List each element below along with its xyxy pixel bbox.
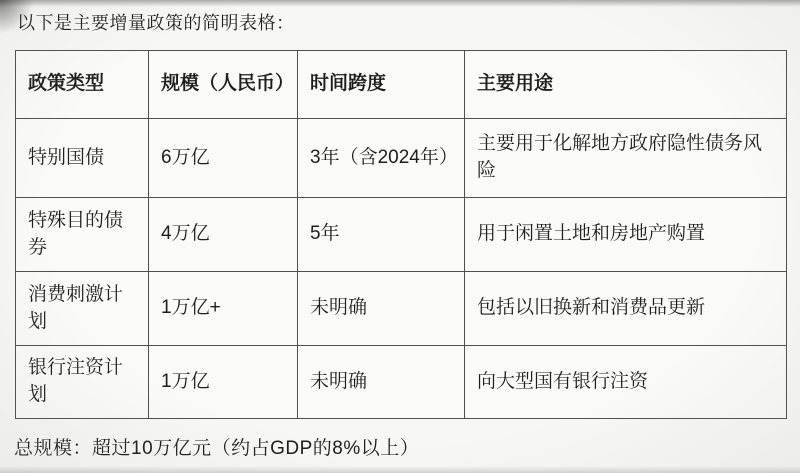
cell-purpose: 主要用于化解地方政府隐性债务风险 bbox=[465, 119, 787, 198]
table-row: 特别国债 6万亿 3年（含2024年） 主要用于化解地方政府隐性债务风险 bbox=[16, 119, 787, 198]
cell-policy-type: 特别国债 bbox=[16, 119, 149, 198]
cell-purpose: 包括以旧换新和消费品更新 bbox=[465, 272, 787, 346]
table-row: 消费刺激计划 1万亿+ 未明确 包括以旧换新和消费品更新 bbox=[16, 272, 787, 346]
cell-timespan: 未明确 bbox=[298, 346, 465, 419]
summary-text: 总规模：超过10万亿元（约占GDP的8%以上） bbox=[14, 433, 419, 460]
intro-text: 以下是主要增量政策的简明表格： bbox=[17, 9, 295, 35]
header-timespan: 时间跨度 bbox=[298, 51, 465, 119]
table-row: 特殊目的债券 4万亿 5年 用于闲置土地和房地产购置 bbox=[16, 198, 787, 272]
cell-scale: 1万亿+ bbox=[149, 272, 298, 346]
table-row: 银行注资计划 1万亿 未明确 向大型国有银行注资 bbox=[16, 346, 787, 419]
cell-policy-type: 特殊目的债券 bbox=[16, 198, 149, 272]
cell-scale: 6万亿 bbox=[149, 119, 298, 198]
cell-purpose: 向大型国有银行注资 bbox=[465, 346, 787, 419]
cell-purpose: 用于闲置土地和房地产购置 bbox=[465, 198, 787, 272]
cell-timespan: 3年（含2024年） bbox=[298, 119, 465, 198]
header-scale: 规模（人民币） bbox=[149, 51, 298, 119]
header-policy-type: 政策类型 bbox=[16, 51, 149, 119]
cell-timespan: 未明确 bbox=[298, 272, 465, 346]
policy-table: 政策类型 规模（人民币） 时间跨度 主要用途 特别国债 6万亿 3年（含2024… bbox=[15, 50, 787, 419]
cell-policy-type: 银行注资计划 bbox=[16, 346, 149, 419]
table-header-row: 政策类型 规模（人民币） 时间跨度 主要用途 bbox=[16, 51, 787, 119]
cell-policy-type: 消费刺激计划 bbox=[16, 272, 149, 346]
header-purpose: 主要用途 bbox=[465, 51, 787, 119]
cell-scale: 4万亿 bbox=[149, 198, 298, 272]
document-page: 以下是主要增量政策的简明表格： 政策类型 规模（人民币） 时间跨度 主要用途 特… bbox=[0, 0, 800, 473]
cell-timespan: 5年 bbox=[298, 198, 465, 272]
cell-scale: 1万亿 bbox=[149, 346, 298, 419]
